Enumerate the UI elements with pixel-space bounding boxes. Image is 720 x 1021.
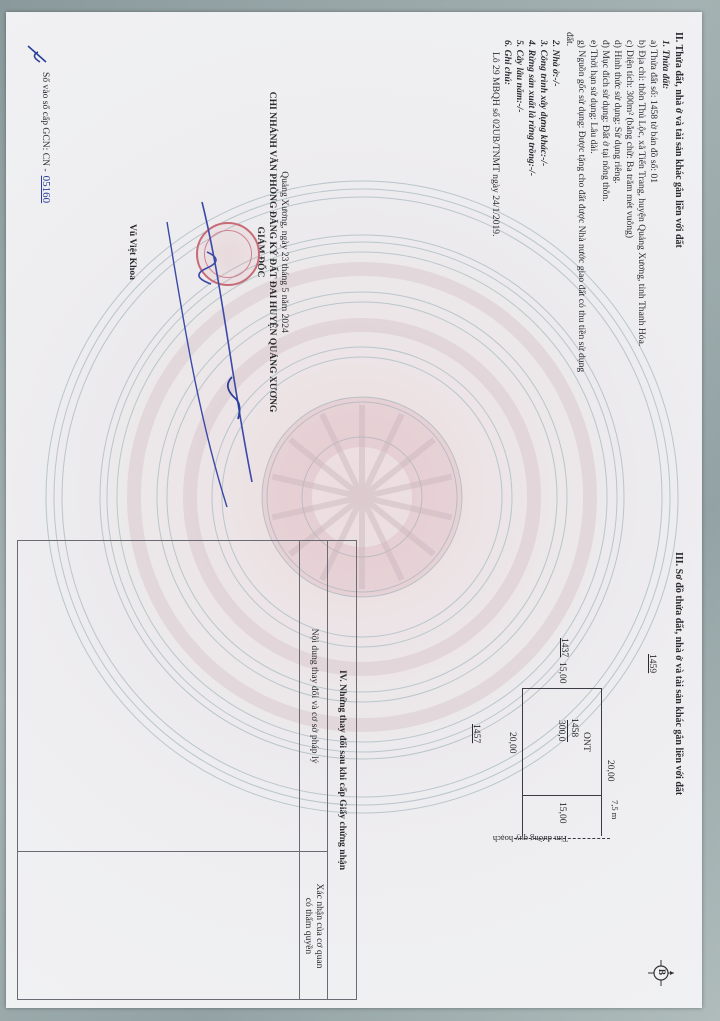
notes-heading: 6. Ghi chú: (502, 40, 513, 85)
registry-line: Số vào sổ cấp GCN: CN - 05160 (38, 72, 56, 203)
use-term: e) Thời hạn sử dụng: Lâu dài. (588, 40, 599, 154)
road-label: Tim đường quy hoạch (493, 833, 568, 844)
parcel-address: b) Địa chỉ: thôn Thủ Lộc, xã Tiến Trang,… (636, 40, 647, 346)
signer-name: Vũ Việt Khoa (127, 72, 138, 432)
plot-side-bottom-label: 20,00 (507, 732, 518, 754)
road-offset-top (601, 796, 602, 836)
changes-table-header: IV. Những thay đổi sau khi cấp Giấy chứn… (327, 541, 356, 999)
house-item: 2. Nhà ở:-/- (550, 40, 561, 86)
certificate-page: II. Thửa đất, nhà ở và tài sản khác gắn … (6, 12, 702, 1008)
use-form: d) Hình thức sử dụng: Sử dụng riêng. (612, 40, 623, 184)
neighbor-1459: 1459 (647, 654, 658, 673)
setback-label: 7,5 m (609, 800, 620, 819)
notes-text: Lô 29 MBQH số 02UB/TNMT ngày 24/1/2019. (490, 52, 501, 237)
north-arrow-label: B (656, 969, 667, 975)
plot-side-left-label: 15,00 (557, 662, 568, 684)
perennial-trees-item: 5. Cây lâu năm:-/- (514, 40, 525, 113)
other-construction-item: 3. Công trình xây dựng khác:-/- (538, 40, 549, 166)
parcel-area-label: 300,0 (556, 720, 568, 742)
col-confirm-header-2: có thẩm quyền (303, 851, 314, 1001)
col-changes-header: Nội dung thay đổi và cơ sở pháp lý (309, 541, 320, 851)
changes-cell-empty[interactable] (18, 541, 299, 851)
registry-number: 05160 (40, 176, 52, 204)
land-type-label: ONT (581, 732, 592, 752)
section-ii-title: II. Thửa đất, nhà ở và tài sản khác gắn … (673, 32, 684, 248)
parcel-number: a) Thửa đất số: 1458 tờ bản đồ số: 01 (648, 40, 659, 183)
col-confirm-header-1: Xác nhận của cơ quan (314, 851, 325, 1001)
confirm-cell-empty[interactable] (18, 852, 299, 999)
changes-table: IV. Những thay đổi sau khi cấp Giấy chứn… (17, 540, 357, 1000)
use-purpose: đ) Mục đích sử dụng: Đất ở tại nông thôn… (600, 40, 611, 202)
neighbor-1457: 1457 (471, 724, 482, 743)
section-iv-title: IV. Những thay đổi sau khi cấp Giấy chứn… (337, 541, 348, 999)
place-date: Quảng Xương, ngày 23 tháng 5 năm 2024 (279, 72, 290, 432)
signature-strokes (132, 162, 262, 522)
road-offset-bottom (522, 796, 523, 836)
plot-side-top-label: 20,00 (605, 760, 616, 782)
certificate-sheet: II. Thửa đất, nhà ở và tài sản khác gắn … (0, 0, 720, 1021)
plot-side-right-label: 15,00 (557, 802, 568, 824)
parcel-id-label: 1458 (569, 718, 580, 737)
registry-label: Số vào sổ cấp GCN: CN - (40, 72, 51, 172)
section-iii-title: III. Sơ đồ thửa đất, nhà ở và tài sản kh… (673, 552, 684, 795)
parcel-area: c) Diện tích: 300m² (bằng chữ: Ba trăm m… (624, 40, 635, 238)
initial-mark (22, 42, 52, 72)
use-origin: g) Nguồn gốc sử dụng: Được tặng cho đất … (576, 40, 587, 372)
issuing-office: CHI NHÁNH VĂN PHÒNG ĐĂNG KÝ ĐẤT ĐAI HUYỆ… (267, 72, 278, 432)
neighbor-1437: 1437 (559, 638, 570, 657)
use-origin-cont: đất. (564, 32, 575, 46)
planted-forest-item: 4. Rừng sản xuất là rừng trồng:-/- (526, 40, 537, 176)
land-heading: 1. Thửa đất: (660, 40, 671, 89)
